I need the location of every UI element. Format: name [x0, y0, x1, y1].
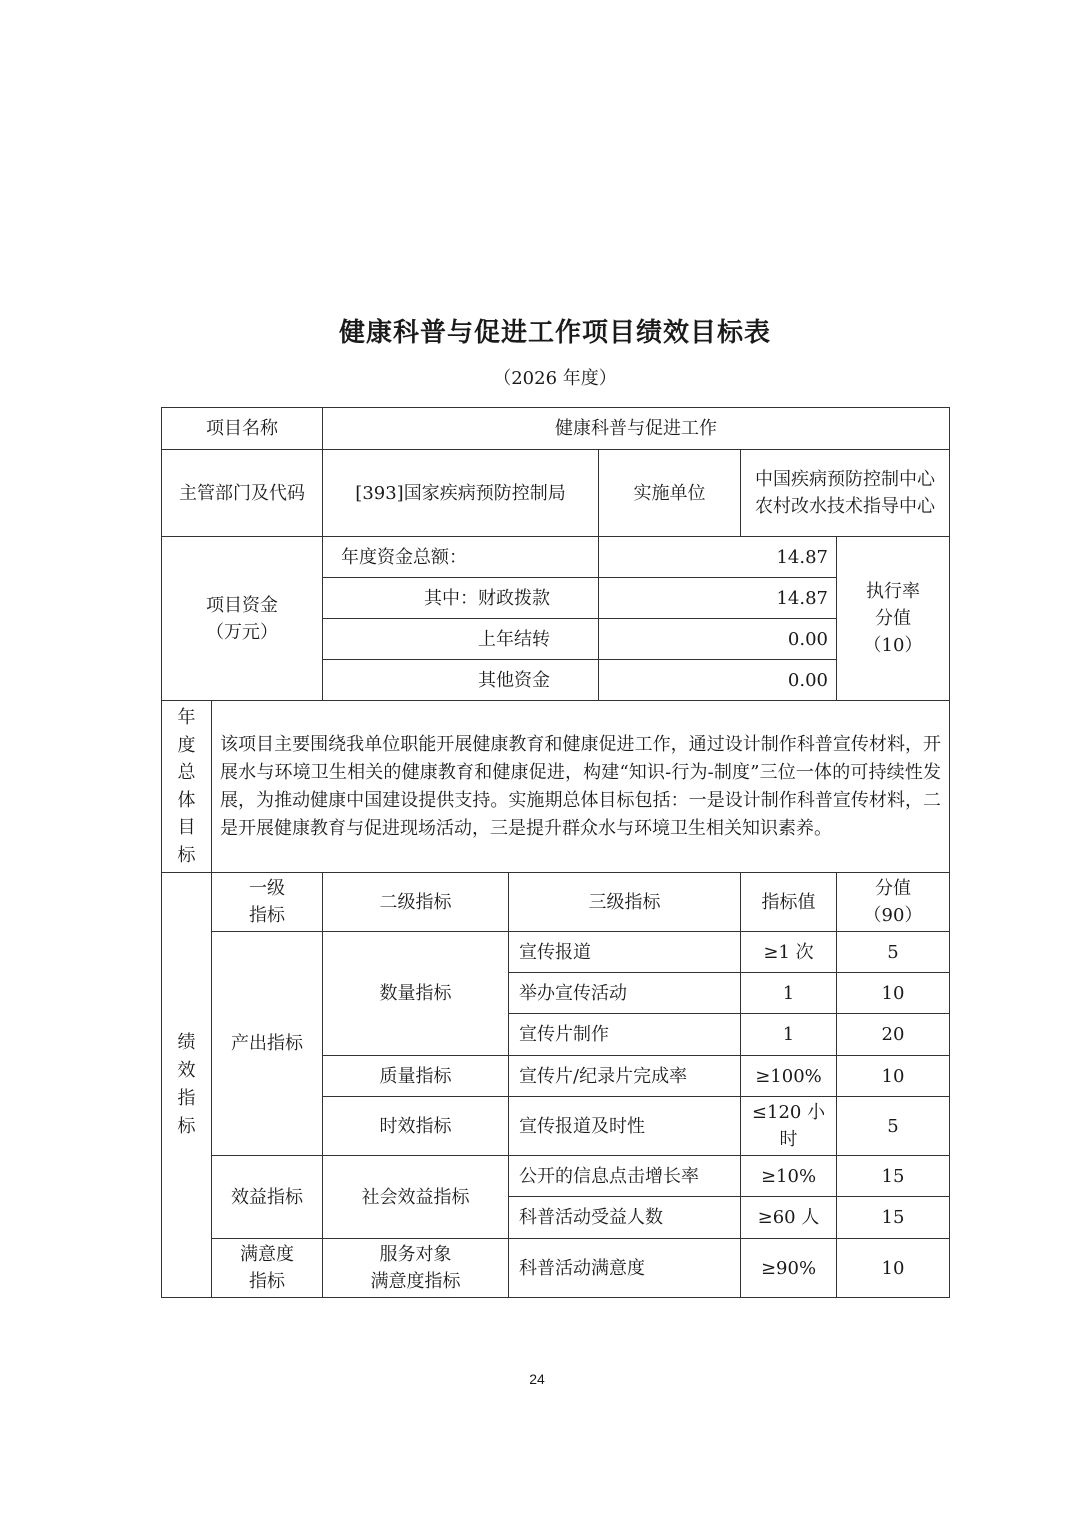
label-char: 标 — [178, 842, 196, 870]
value-row-3: ≥100% — [740, 1055, 837, 1097]
value-text: 1 — [783, 980, 794, 1007]
level3-text: 科普活动满意度 — [519, 1255, 645, 1282]
indicators-section-label: 绩 效 指 标 — [161, 872, 212, 1298]
level3-row-6: 科普活动受益人数 — [508, 1196, 741, 1239]
group-text: 满意度 — [240, 1241, 294, 1268]
level3-row-0: 宣传报道 — [508, 931, 741, 973]
level2-social: 社会效益指标 — [322, 1155, 509, 1239]
label-char: 指 — [178, 1085, 196, 1113]
level3-row-3: 宣传片/纪录片完成率 — [508, 1055, 741, 1097]
impl-value: 中国疾病预防控制中心农村改水技术指导中心 — [740, 449, 950, 537]
value-text: 0.00 — [788, 626, 828, 653]
value-text: ≥10% — [761, 1163, 816, 1190]
goal-paragraph: 该项目主要围绕我单位职能开展健康教育和健康促进工作，通过设计制作科普宣传材料，开… — [220, 731, 941, 843]
score-row-7: 10 — [836, 1238, 950, 1298]
score-text: 15 — [882, 1204, 905, 1231]
level3-text: 宣传片/纪录片完成率 — [519, 1063, 687, 1090]
group-text: 指标 — [249, 1268, 285, 1295]
label-line: （万元） — [206, 619, 278, 646]
level1-output: 产出指标 — [211, 931, 323, 1156]
value-row-7: ≥90% — [740, 1238, 837, 1298]
level2-text: 数量指标 — [380, 980, 452, 1007]
header-value: 指标值 — [740, 872, 837, 932]
funding-other-value: 0.00 — [598, 659, 837, 701]
goal-text: 该项目主要围绕我单位职能开展健康教育和健康促进工作，通过设计制作科普宣传材料，开… — [211, 700, 950, 873]
label-line: 分值 — [875, 605, 911, 632]
level3-row-1: 举办宣传活动 — [508, 972, 741, 1014]
execution-rate-score: 执行率 分值 （10） — [836, 536, 950, 701]
header-text: 二级指标 — [380, 889, 452, 916]
level3-text: 宣传报道及时性 — [519, 1113, 645, 1140]
label-char: 总 — [178, 759, 196, 787]
score-row-3: 10 — [836, 1055, 950, 1097]
header-text: （90） — [864, 902, 923, 929]
label-char: 年 — [178, 704, 196, 732]
level2-text: 服务对象 — [380, 1241, 452, 1268]
level2-text: 质量指标 — [380, 1063, 452, 1090]
value-row-0: ≥1 次 — [740, 931, 837, 973]
value-text: 0.00 — [788, 667, 828, 694]
value-row-2: 1 — [740, 1013, 837, 1056]
level3-text: 宣传报道 — [519, 939, 591, 966]
level2-quantity: 数量指标 — [322, 931, 509, 1056]
header-text: 指标 — [249, 902, 285, 929]
level3-text: 公开的信息点击增长率 — [519, 1163, 699, 1190]
impl-label: 实施单位 — [598, 449, 741, 537]
level2-text: 社会效益指标 — [362, 1184, 470, 1211]
score-text: 10 — [882, 1255, 905, 1282]
value-text: 健康科普与促进工作 — [555, 415, 717, 442]
value-text: 中国疾病预防控制中心农村改水技术指导中心 — [751, 466, 939, 520]
funding-fiscal-value: 14.87 — [598, 577, 837, 619]
header-text: 分值 — [875, 875, 911, 902]
score-text: 10 — [882, 980, 905, 1007]
level1-benefit: 效益指标 — [211, 1155, 323, 1239]
label-text: 实施单位 — [634, 480, 706, 507]
header-text: 一级 — [249, 875, 285, 902]
level2-text: 时效指标 — [380, 1113, 452, 1140]
value-text: 时 — [780, 1126, 798, 1153]
level3-row-4: 宣传报道及时性 — [508, 1096, 741, 1156]
label-line: （10） — [864, 632, 923, 659]
label-char: 绩 — [178, 1029, 196, 1057]
level2-timeliness: 时效指标 — [322, 1096, 509, 1156]
score-text: 20 — [882, 1021, 905, 1048]
label-text: 主管部门及代码 — [179, 480, 305, 507]
level3-row-2: 宣传片制作 — [508, 1013, 741, 1056]
score-text: 15 — [882, 1163, 905, 1190]
value-text: ≥1 次 — [763, 939, 813, 966]
value-text: ≥60 人 — [758, 1204, 820, 1231]
value-text: ≥100% — [755, 1063, 822, 1090]
label-text: 项目名称 — [206, 415, 278, 442]
score-row-5: 15 — [836, 1155, 950, 1197]
label-text: 其他资金 — [478, 667, 550, 694]
label-text: 上年结转 — [478, 626, 550, 653]
header-level2: 二级指标 — [322, 872, 509, 932]
header-text: 指标值 — [762, 889, 816, 916]
level3-row-5: 公开的信息点击增长率 — [508, 1155, 741, 1197]
funding-label: 项目资金 （万元） — [161, 536, 323, 701]
level1-satisfaction: 满意度 指标 — [211, 1238, 323, 1298]
label-char: 体 — [178, 787, 196, 815]
level3-text: 科普活动受益人数 — [519, 1204, 663, 1231]
label-char: 度 — [178, 732, 196, 760]
label-text: 其中：财政拨款 — [424, 585, 550, 612]
group-text: 产出指标 — [231, 1030, 303, 1057]
score-row-6: 15 — [836, 1196, 950, 1239]
score-row-1: 10 — [836, 972, 950, 1014]
dept-value: [393]国家疾病预防控制局 — [322, 449, 599, 537]
project-name-value: 健康科普与促进工作 — [322, 407, 950, 450]
dept-label: 主管部门及代码 — [161, 449, 323, 537]
score-row-2: 20 — [836, 1013, 950, 1056]
score-text: 5 — [887, 1113, 898, 1140]
page-title: 健康科普与促进工作项目绩效目标表 — [0, 312, 1074, 349]
funding-carryover-value: 0.00 — [598, 618, 837, 660]
funding-other-label: 其他资金 — [322, 659, 599, 701]
score-text: 10 — [882, 1063, 905, 1090]
label-char: 目 — [178, 814, 196, 842]
level2-service: 服务对象 满意度指标 — [322, 1238, 509, 1298]
level2-text: 满意度指标 — [371, 1268, 461, 1295]
goal-label: 年 度 总 体 目 标 — [161, 700, 212, 873]
funding-total-value: 14.87 — [598, 536, 837, 578]
label-char: 标 — [178, 1113, 196, 1141]
value-text: 14.87 — [776, 585, 828, 612]
funding-carryover-label: 上年结转 — [322, 618, 599, 660]
value-text: ≤120 小 — [752, 1099, 825, 1126]
header-level1: 一级 指标 — [211, 872, 323, 932]
page-number: 24 — [0, 1371, 1074, 1387]
header-score: 分值 （90） — [836, 872, 950, 932]
label-line: 项目资金 — [206, 592, 278, 619]
label-line: 执行率 — [866, 578, 920, 605]
funding-total-label: 年度资金总额： — [322, 536, 599, 578]
value-row-5: ≥10% — [740, 1155, 837, 1197]
value-text: [393]国家疾病预防控制局 — [355, 480, 565, 507]
page-subtitle: （2026 年度） — [0, 364, 1074, 390]
score-row-0: 5 — [836, 931, 950, 973]
level2-quality: 质量指标 — [322, 1055, 509, 1097]
score-text: 5 — [887, 939, 898, 966]
project-name-label: 项目名称 — [161, 407, 323, 450]
header-level3: 三级指标 — [508, 872, 741, 932]
label-char: 效 — [178, 1057, 196, 1085]
score-row-4: 5 — [836, 1096, 950, 1156]
label-text: 年度资金总额： — [341, 544, 467, 571]
level3-text: 宣传片制作 — [519, 1021, 609, 1048]
value-text: 1 — [783, 1021, 794, 1048]
value-row-4: ≤120 小 时 — [740, 1096, 837, 1156]
group-text: 效益指标 — [231, 1184, 303, 1211]
value-row-6: ≥60 人 — [740, 1196, 837, 1239]
level3-text: 举办宣传活动 — [519, 980, 627, 1007]
value-text: ≥90% — [761, 1255, 816, 1282]
value-row-1: 1 — [740, 972, 837, 1014]
header-text: 三级指标 — [589, 889, 661, 916]
funding-fiscal-label: 其中：财政拨款 — [322, 577, 599, 619]
level3-row-7: 科普活动满意度 — [508, 1238, 741, 1298]
value-text: 14.87 — [776, 544, 828, 571]
